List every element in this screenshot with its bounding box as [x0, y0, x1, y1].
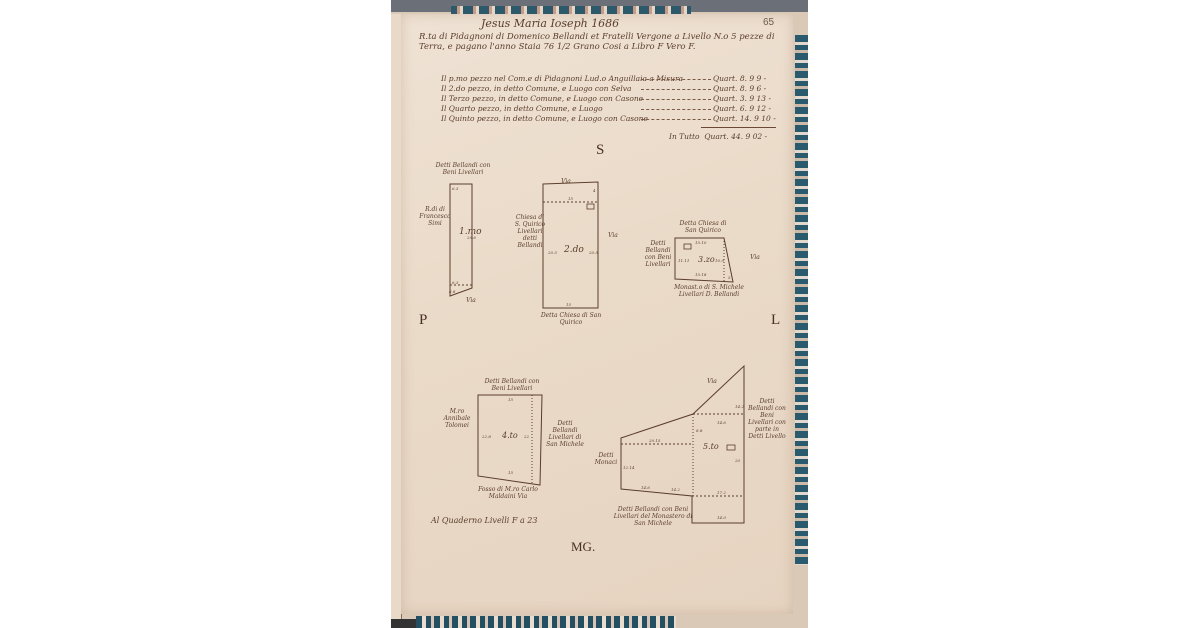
plot-1-bottom-label: Via — [461, 297, 481, 304]
plot-5-left-label: Detti Monaci — [591, 452, 621, 466]
plot-5-number: 5.to — [703, 442, 719, 451]
plot-2-left-label: Chiesa di S. Quirico Livellari detti Bel… — [513, 214, 547, 249]
plot-4-right-label: Detti Bellandi Livellari di San Michele — [546, 420, 584, 448]
svg-text:15: 15 — [508, 397, 514, 402]
svg-text:10.9: 10.9 — [715, 258, 724, 263]
plot-1-left-label: R.di di Francesco Simi — [419, 206, 451, 227]
plot-3-left-label: Detti Bellandi con Beni Livellari — [641, 240, 675, 268]
svg-text:20: 20 — [734, 458, 741, 463]
manuscript-scan: Jesus Maria Ioseph 1686 65 R.ta di Pidag… — [391, 0, 808, 628]
svg-text:14.0: 14.0 — [717, 515, 726, 520]
svg-text:14.2: 14.2 — [735, 404, 744, 409]
plot-4-left-label: M.ro Annibale Tolomei — [439, 408, 475, 429]
svg-text:20.5: 20.5 — [547, 250, 557, 255]
plot-2-right-label: Via — [603, 232, 623, 239]
svg-text:22.8: 22.8 — [481, 434, 491, 439]
plot-3-number: 3.zo — [698, 255, 715, 264]
plot-5-right-label: Detti Bellandi con Beni Livellari con pa… — [747, 398, 787, 440]
svg-text:17.2: 17.2 — [717, 490, 726, 495]
plot-3-right-label: Via — [743, 254, 767, 261]
svg-text:12.14: 12.14 — [623, 465, 635, 470]
svg-text:5: 5 — [728, 275, 731, 280]
svg-text:11.11: 11.11 — [678, 258, 689, 263]
plot-2-top-label: Via — [551, 178, 581, 185]
binding-cloth-right — [795, 35, 808, 565]
manuscript-page: Jesus Maria Ioseph 1686 65 R.ta di Pidag… — [401, 14, 793, 614]
plot-5-bottom-label: Detti Bellandi con Beni Livellari del Mo… — [611, 506, 695, 527]
svg-text:15: 15 — [508, 470, 514, 475]
svg-text:20.15: 20.15 — [648, 438, 661, 443]
plot-2-number: 2.do — [563, 245, 584, 255]
svg-text:6.3: 6.3 — [452, 280, 459, 285]
plot-3-top-label: Detta Chiesa di San Quirico — [673, 220, 733, 234]
svg-text:15.10: 15.10 — [695, 240, 707, 245]
plot-2-bottom-label: Detta Chiesa di San Quirico — [536, 312, 606, 326]
svg-text:15: 15 — [566, 302, 572, 307]
svg-text:15.18: 15.18 — [695, 272, 707, 277]
plot-4-bottom-label: Fosso di M.ro Carlo Maldaini Via — [473, 486, 543, 500]
svg-text:8.8: 8.8 — [696, 428, 703, 433]
binding-cloth-bottom — [416, 616, 676, 628]
svg-text:14.2: 14.2 — [671, 487, 680, 492]
footer-note: Al Quaderno Livelli F a 23 — [431, 516, 537, 525]
svg-text:29.6: 29.6 — [466, 235, 476, 240]
svg-text:14.6: 14.6 — [641, 485, 650, 490]
plot-4-top-label: Detti Bellandi con Beni Livellari — [479, 378, 545, 392]
plot-5-top-label: Via — [697, 378, 727, 385]
svg-text:4: 4 — [592, 188, 596, 193]
svg-text:20.5: 20.5 — [588, 250, 598, 255]
plot-1-top-label: Detti Bellandi con Beni Livellari — [435, 162, 491, 176]
plot-3-bottom-label: Monast.o di S. Michele Livellari D. Bell… — [669, 284, 749, 298]
plot-4-number: 4.to — [501, 431, 518, 440]
svg-text:22: 22 — [523, 434, 530, 439]
svg-text:6.8: 6.8 — [449, 289, 456, 294]
svg-text:15: 15 — [568, 196, 574, 201]
svg-text:14.6: 14.6 — [717, 420, 726, 425]
svg-text:6.3: 6.3 — [452, 186, 459, 191]
